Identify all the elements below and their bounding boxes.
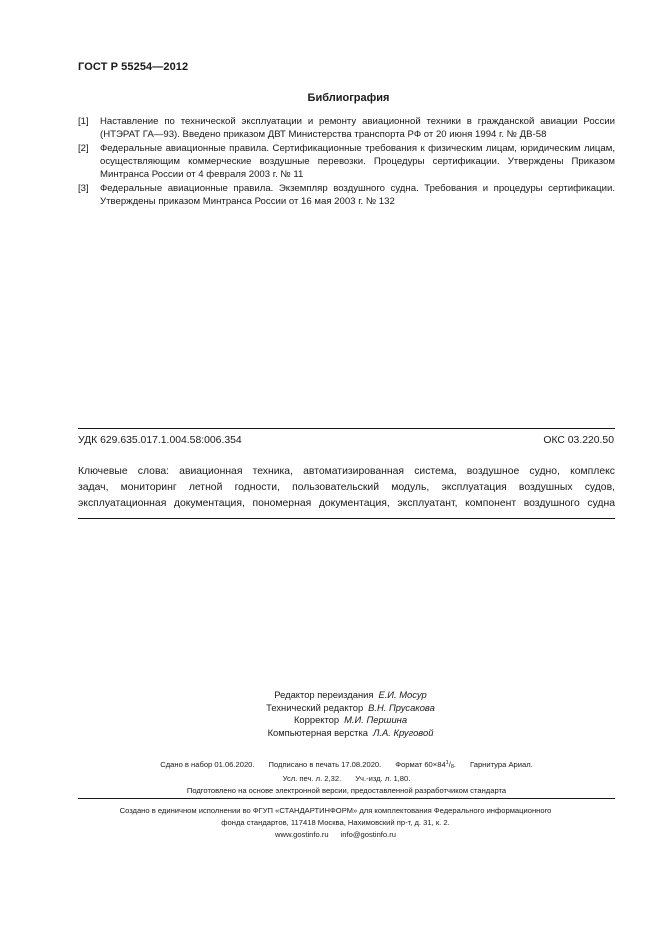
bibliography-entry: [1] Наставление по технической эксплуата… — [78, 115, 615, 141]
signed-date: Подписано в печать 17.08.2020. — [269, 760, 382, 769]
credit-name: Л.А. Круговой — [373, 727, 433, 738]
keywords-line: задач, мониторинг летной годности, польз… — [78, 480, 615, 496]
keywords: Ключевые слова: авиационная техника, авт… — [78, 464, 615, 512]
credit-row: Технический редакторВ.Н. Прусакова — [40, 702, 661, 715]
standard-code: ГОСТ Р 55254—2012 — [78, 61, 188, 73]
credit-role: Компьютерная верстка — [268, 727, 368, 738]
divider-bottom — [78, 798, 615, 799]
credit-row: Редактор переизданияЕ.И. Мосур — [40, 689, 661, 702]
publisher-sheets: Уч.-изд. л. 1,80. — [355, 774, 410, 783]
prepared-note: Подготовлено на основе электронной верси… — [32, 785, 661, 797]
oks-code: ОКС 03.220.50 — [543, 435, 614, 446]
credit-row: КорректорМ.И. Першина — [40, 714, 661, 727]
bibliography-title: Библиография — [0, 92, 661, 104]
credit-row: Компьютерная версткаЛ.А. Круговой — [40, 727, 661, 740]
entry-text: Федеральные авиационные правила. Сертифи… — [100, 142, 615, 181]
website-link[interactable]: www.gostinfo.ru — [275, 830, 329, 839]
credit-role: Технический редактор — [266, 702, 363, 713]
print-sheets: Усл. печ. л. 2,32. — [283, 774, 342, 783]
entry-text: Наставление по технической эксплуатации … — [100, 115, 615, 141]
udk-code: УДК 629.635.017.1.004.58:006.354 — [78, 435, 242, 446]
entry-number: [1] — [78, 115, 100, 141]
footer-line-2: фонда стандартов, 117418 Москва, Нахимов… — [10, 817, 661, 829]
bibliography-entry: [2] Федеральные авиационные правила. Сер… — [78, 142, 615, 181]
keywords-line: Ключевые слова: авиационная техника, авт… — [78, 464, 615, 480]
email-link[interactable]: info@gostinfo.ru — [341, 830, 396, 839]
credit-role: Редактор переиздания — [274, 689, 373, 700]
footer-line-1: Создано в единичном исполнении во ФГУП «… — [10, 805, 661, 817]
credit-name: В.Н. Прусакова — [368, 702, 435, 713]
footer-contacts: www.gostinfo.ruinfo@gostinfo.ru — [10, 829, 661, 841]
credit-role: Корректор — [294, 714, 339, 725]
divider-middle — [78, 518, 615, 519]
footer: Создано в единичном исполнении во ФГУП «… — [0, 805, 661, 841]
credit-name: М.И. Першина — [344, 714, 407, 725]
typeface: Гарнитура Ариал. — [470, 760, 533, 769]
bibliography-entry: [3] Федеральные авиационные правила. Экз… — [78, 182, 615, 208]
entry-text: Федеральные авиационные правила. Экземпл… — [100, 182, 615, 208]
publication-line-1: Сдано в набор 01.06.2020.Подписано в печ… — [32, 757, 661, 773]
entry-number: [3] — [78, 182, 100, 208]
paper-format: Формат 60×841/8. — [395, 760, 456, 769]
credits-block: Редактор переизданияЕ.И. Мосур Техническ… — [0, 689, 661, 739]
submitted-date: Сдано в набор 01.06.2020. — [160, 760, 254, 769]
publication-line-2: Усл. печ. л. 2,32.Уч.-изд. л. 1,80. — [32, 773, 661, 785]
publication-info: Сдано в набор 01.06.2020.Подписано в печ… — [0, 757, 661, 797]
entry-number: [2] — [78, 142, 100, 181]
divider-top — [78, 428, 615, 429]
keywords-line: эксплуатационная документация, пономерна… — [78, 496, 615, 512]
credit-name: Е.И. Мосур — [378, 689, 426, 700]
